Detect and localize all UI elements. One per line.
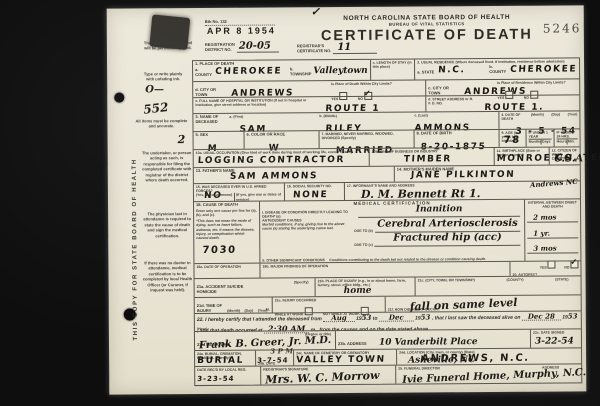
field-city-of-death: d. CITY OR TOWN ANDREWS Is Place of Deat… [193, 80, 425, 97]
field-cause-of-death-notes: 18. CAUSE OF DEATH Enter only one cause … [194, 202, 259, 263]
minutes-label: Min. [568, 140, 578, 144]
field-usual-residence: 2. USUAL RESIDENCE (Where deceased lived… [414, 58, 579, 79]
operation-findings-label: 19b. MAJOR FINDINGS OF OPERATION [262, 263, 507, 269]
days-label: Days [542, 140, 552, 144]
field-father-name: 13. FATHER'S NAME SAM AMMONS [194, 167, 394, 183]
registration-district: REGISTRATION DISTRICT NO. 20-05 [205, 41, 279, 53]
due-to-c-value: Fractured hip (acc) [393, 233, 501, 244]
injury-city-label: 21c. (CITY, TOWN, OR TOWNSHIP) [418, 278, 475, 283]
interval-title: INTERVAL BETWEEN ONSET AND DEATH [527, 200, 578, 209]
certificate-header: NORTH CAROLINA STATE BOARD OF HEALTH BUR… [297, 14, 557, 45]
informant-value-extra: Andrews NC [530, 178, 578, 189]
under-24-hours-label: IF UNDER 24 HRS. [557, 130, 578, 139]
business-industry-value: TIMBER [403, 155, 452, 164]
burial-date-value: 3-7-54 [257, 357, 289, 364]
field-date-of-death: 4. DATE OF DEATH (Month) (Day) (Year) 3 … [498, 111, 579, 129]
field-business-industry: 10b. KIND OF BUSINESS OR INDUSTRY TIMBER [369, 148, 494, 166]
field-armed-forces: 15. WAS DECEASED EVER IN U.S. ARMED FORC… [194, 183, 284, 201]
margin-handwritten-mark-2: 552 [143, 101, 169, 116]
field-injury-occurred: 21e. INJURY OCCURRED WHILE AT WORK NOT W… [272, 297, 385, 313]
field-physician-address: 23b. ADDRESS 10 Vanderbilt Place Ashevil… [335, 330, 530, 349]
birthplace-value: MONROE CO. TENN [496, 154, 600, 164]
field-physician-signature: 23a. SIGNATURE (Degree or title) Frank B… [195, 331, 335, 350]
field-place-of-death: 1. PLACE OF DEATH a. COUNTY CHEROKEE b. … [193, 60, 370, 81]
accident-label: 21a. ACCIDENT SUICIDE HOMICIDE [197, 285, 257, 295]
field-accident-suicide-homicide: 21a. ACCIDENT SUICIDE HOMICIDE (Specify) [195, 278, 315, 297]
field-burial-type: 24a. BURIAL, CREMATION, REMOVAL (Specify… [195, 351, 255, 366]
field-registrar-signature: REGISTRAR'S SIGNATURE Mrs. W. C. Morrow [260, 366, 395, 385]
residence-state-label: a. STATE [417, 70, 434, 75]
date-signed-value: 3-22-54 [535, 337, 574, 346]
cause-note-1: Enter only one cause per line for (a), (… [196, 208, 257, 217]
physician-address-value-1: 10 Vanderbilt Place [379, 338, 478, 348]
antecedent-causes-note: Morbid conditions, if any, giving rise t… [262, 222, 354, 231]
field-time-of-injury: 21d. TIME OF INJURY (Month) (Day) (Year)… [195, 298, 272, 314]
cause-of-death-label: 18. CAUSE OF DEATH [196, 203, 257, 208]
county-of-death-label: a. COUNTY [195, 68, 212, 78]
certify-text-6: alive on [502, 315, 521, 321]
field-how-injury-occurred: 21f. HOW DID INJURY OCCUR? fall on same … [385, 295, 581, 311]
field-age: 9. AGE (In years last birthday) 78 [499, 130, 526, 147]
social-security-label: 16. SOCIAL SECURITY NO. [287, 184, 342, 189]
field-street-address: d. STREET ADDRESS or R. F. D. NO. ROUTE … [425, 95, 579, 111]
field-social-security: 16. SOCIAL SECURITY NO. NONE [284, 183, 344, 200]
year-label: (Year) [568, 112, 578, 120]
sex-label: 5. SEX [196, 133, 242, 138]
date-signed-label: 23c. DATE SIGNED [533, 330, 579, 335]
residence-state-value: N.C. [438, 66, 466, 75]
field-interval-onset-death: INTERVAL BETWEEN ONSET AND DEATH 2 mos 1… [524, 199, 580, 260]
autopsy-yes-checkbox [548, 260, 556, 268]
business-industry-label: 10b. KIND OF BUSINESS OR INDUSTRY [372, 149, 492, 154]
field-date-of-operation: 19a. DATE OF OPERATION [194, 264, 259, 278]
registrar-certificate-label-2: CERTIFICATE NO. [297, 49, 331, 54]
registrar-certificate: REGISTRAR'S CERTIFICATE NO. 11 [297, 43, 377, 55]
attended-from-year: 53 [362, 314, 372, 321]
autopsy-no-label: NO [564, 265, 569, 269]
accident-specify-label: (Specify) [294, 280, 309, 284]
last-seen-alive-year: 53 [568, 312, 578, 319]
certify-text-3: to [373, 316, 378, 322]
county-of-death-value: CHEROKEE [215, 68, 283, 77]
attended-to-year: 53 [421, 313, 431, 320]
scanned-death-certificate: { "header": { "check_mark": "✓", "bth_no… [0, 0, 600, 406]
certify-text-1: 22. I hereby certify that I attended the… [197, 316, 322, 323]
months-label: Months [529, 140, 542, 144]
first-name-label: a. (First) [229, 114, 319, 119]
registration-district-value: 20-05 [237, 41, 279, 52]
field-date-signed: 23c. DATE SIGNED 3-22-54 [530, 329, 581, 347]
usual-occupation-value: LOGGING CONTRACTOR [197, 156, 345, 166]
margin-ink-note: Type or write plainly with unfading ink. [140, 71, 186, 82]
check-mark-icon: ✓ [570, 257, 577, 266]
margin-physician-note: The physician last in attendance is requ… [142, 211, 192, 238]
cause-note-2: *This does not mean the mode of dying, s… [196, 219, 257, 240]
row-place-residence-county: 1. PLACE OF DEATH a. COUNTY CHEROKEE b. … [193, 58, 579, 81]
length-of-stay-label: c. LENGTH OF STAY (in this place) [373, 61, 413, 70]
field-burial-location: 24d. LOCATION (City, town, or county) (S… [396, 348, 581, 364]
injury-county-label: (COUNTY) [506, 278, 523, 282]
month-label: (Month) [531, 113, 544, 121]
township-label: b. TOWNSHIP [290, 67, 312, 77]
funeral-director-value: Ivie Funeral Home, Murphy, N.C. [402, 368, 586, 386]
date-of-birth-label: 8. DATE OF BIRTH [417, 131, 497, 136]
attended-from-value: Aug [323, 314, 354, 322]
autopsy-no-checkbox: ✓ [570, 260, 578, 268]
received-date-stamp: APR 8 1954 [207, 25, 276, 35]
social-security-value: NONE [293, 191, 329, 200]
punch-hole-top [114, 93, 124, 103]
field-cemetery: 24c. NAME OF CEMETERY OR CREMATORY VALLE… [293, 350, 396, 366]
field-date-received: DATE REC'D BY LOCAL REG. 3-23-54 [195, 367, 260, 385]
field-medical-certification: MEDICAL CERTIFICATION I. DISEASE OR COND… [259, 200, 524, 263]
margin-handwritten-mark-3: 2 [178, 134, 186, 145]
autopsy-yes-label: YES [540, 266, 547, 270]
middle-name-label: b. (Middle) [319, 114, 414, 119]
margin-no-doctor-note: If there was no doctor in attendance, me… [142, 260, 192, 293]
field-sex: 5. SEX M [194, 132, 244, 149]
certificate-title: CERTIFICATE OF DEATH [297, 27, 557, 45]
field-if-under-one-year: IF UNDER 1 YEAR Months Days [526, 130, 554, 147]
field-usual-occupation: 10a. USUAL OCCUPATION (Give kind of work… [194, 149, 369, 167]
cause-code-value: 7030 [202, 246, 237, 256]
serial-number: 5246 [543, 21, 582, 35]
margin-handwritten-mark-1: O— [145, 85, 164, 95]
registrar-signature-value: Mrs. W. C. Morrow [265, 370, 380, 386]
father-name-value: SAM AMMONS [230, 172, 319, 182]
field-autopsy: 20. AUTOPSY? YES NO✓ [509, 261, 580, 275]
hospital-label: e. FULL NAME OF HOSPITAL OR INSTITUTION … [195, 98, 315, 107]
field-city-of-residence: c. CITY OR TOWN ANDREWS Is Place of Resi… [425, 79, 579, 95]
margin-undertaker-note: The undertaker, or person acting as such… [142, 150, 192, 183]
day-label: (Day) [551, 113, 560, 121]
certificate-form: 1. PLACE OF DEATH a. COUNTY CHEROKEE b. … [192, 57, 582, 386]
attended-to-value: Dec [379, 314, 414, 322]
date-of-death-label: 4. DATE OF DEATH [501, 113, 523, 122]
registrar-certificate-value: 11 [333, 43, 377, 54]
color-race-label: 6. COLOR OR RACE [247, 132, 317, 137]
interval-due-b-value: 1 yr. [533, 230, 550, 237]
field-burial-date: 24b. DATE 3 P M 3-7-54 [255, 350, 293, 365]
marital-status-label: 7. MARRIED, NEVER MARRIED, WIDOWED, DIVO… [322, 132, 412, 141]
interval-due-c-value: 3 mos [533, 245, 556, 252]
death-city-limits-question: Is Place of Death Within City Limits? [331, 81, 423, 86]
field-birthplace: 11. BIRTHPLACE (State or foreign country… [494, 148, 549, 165]
last-seen-alive-value: Dec 28 [522, 313, 561, 321]
funeral-director-label: 25. FUNERAL DIRECTOR [398, 366, 440, 370]
field-place-of-injury: 21b. PLACE OF INJURY (e.g., in or about … [315, 278, 415, 297]
field-name-of-deceased: 3. NAME OF DECEASED a. (First) SAM b. (M… [193, 112, 498, 131]
street-address-label: d. STREET ADDRESS or R. F. D. NO. [428, 97, 474, 106]
field-length-of-stay: c. LENGTH OF STAY (in this place) [370, 60, 415, 80]
field-marital-status: 7. MARRIED, NEVER MARRIED, WIDOWED, DIVO… [319, 131, 414, 149]
field-if-under-24-hours: IF UNDER 24 HRS. Hours Min. [554, 129, 580, 146]
place-of-injury-value: home [344, 287, 372, 296]
injury-occurred-label: 21e. INJURY OCCURRED [275, 298, 383, 303]
name-of-deceased-label: 3. NAME OF DECEASED [195, 115, 229, 130]
township-value: Valleytown [313, 67, 367, 76]
row-registrar-funeral-director: DATE REC'D BY LOCAL REG. 3-23-54 REGISTR… [195, 363, 581, 385]
injury-state-label: (STATE) [555, 277, 568, 281]
physician-address-label: 23b. ADDRESS [338, 341, 367, 346]
hours-label: Hours [557, 140, 568, 144]
field-hospital: e. FULL NAME OF HOSPITAL OR INSTITUTION … [193, 96, 425, 113]
margin-items-note: All items must be complete and accurate. [135, 118, 187, 129]
registration-district-label-2: DISTRICT NO. [205, 48, 235, 53]
field-color-race: 6. COLOR OR RACE W [244, 131, 319, 149]
interval-disease-value: 2 mos [533, 214, 556, 221]
margin-copy-note-vertical: THIS COPY FOR STATE BOARD OF HEALTH [132, 158, 139, 340]
age-value: 78 [503, 136, 521, 146]
time-meridiem-label: M. [266, 307, 270, 311]
burial-type-value: BURIAL [197, 357, 244, 366]
date-received-label: DATE REC'D BY LOCAL REG. [197, 368, 258, 373]
row-medical-certification: 18. CAUSE OF DEATH Enter only one cause … [194, 198, 580, 263]
field-injury-location: 21c. (CITY, TOWN, OR TOWNSHIP) (COUNTY) … [415, 276, 581, 295]
certificate-paper: This is a legal record and will be perma… [107, 5, 587, 394]
mother-maiden-name-value: JANE PILKINTON [411, 171, 516, 181]
margin-legal-note: This is a legal record and will be perma… [143, 40, 193, 51]
field-date-of-birth: 8. DATE OF BIRTH 8-20-1875 [414, 130, 499, 148]
residence-county-value: CHEROKEE [510, 65, 578, 74]
residence-county-label: b. COUNTY [489, 65, 506, 75]
armed-forces-value: NO [204, 192, 223, 201]
date-received-value: 3-23-54 [197, 376, 235, 383]
burial-date-scribble: 3 P M [270, 347, 293, 354]
field-funeral-director: 25. FUNERAL DIRECTOR ADDRESS Ivie Funera… [395, 364, 581, 383]
under-one-year-label: IF UNDER 1 YEAR [529, 131, 552, 140]
certify-text-5: , that I last saw the deceased [432, 315, 501, 321]
residence-city-limits-question: Is Place of Residence Within City Limits… [497, 80, 577, 85]
date-of-operation-label: 19a. DATE OF OPERATION [196, 265, 257, 270]
due-to-b-label: DUE TO (b) [354, 229, 373, 233]
last-name-label: c. (Last) [414, 113, 496, 118]
due-to-c-label: DUE TO (c) [354, 243, 372, 247]
